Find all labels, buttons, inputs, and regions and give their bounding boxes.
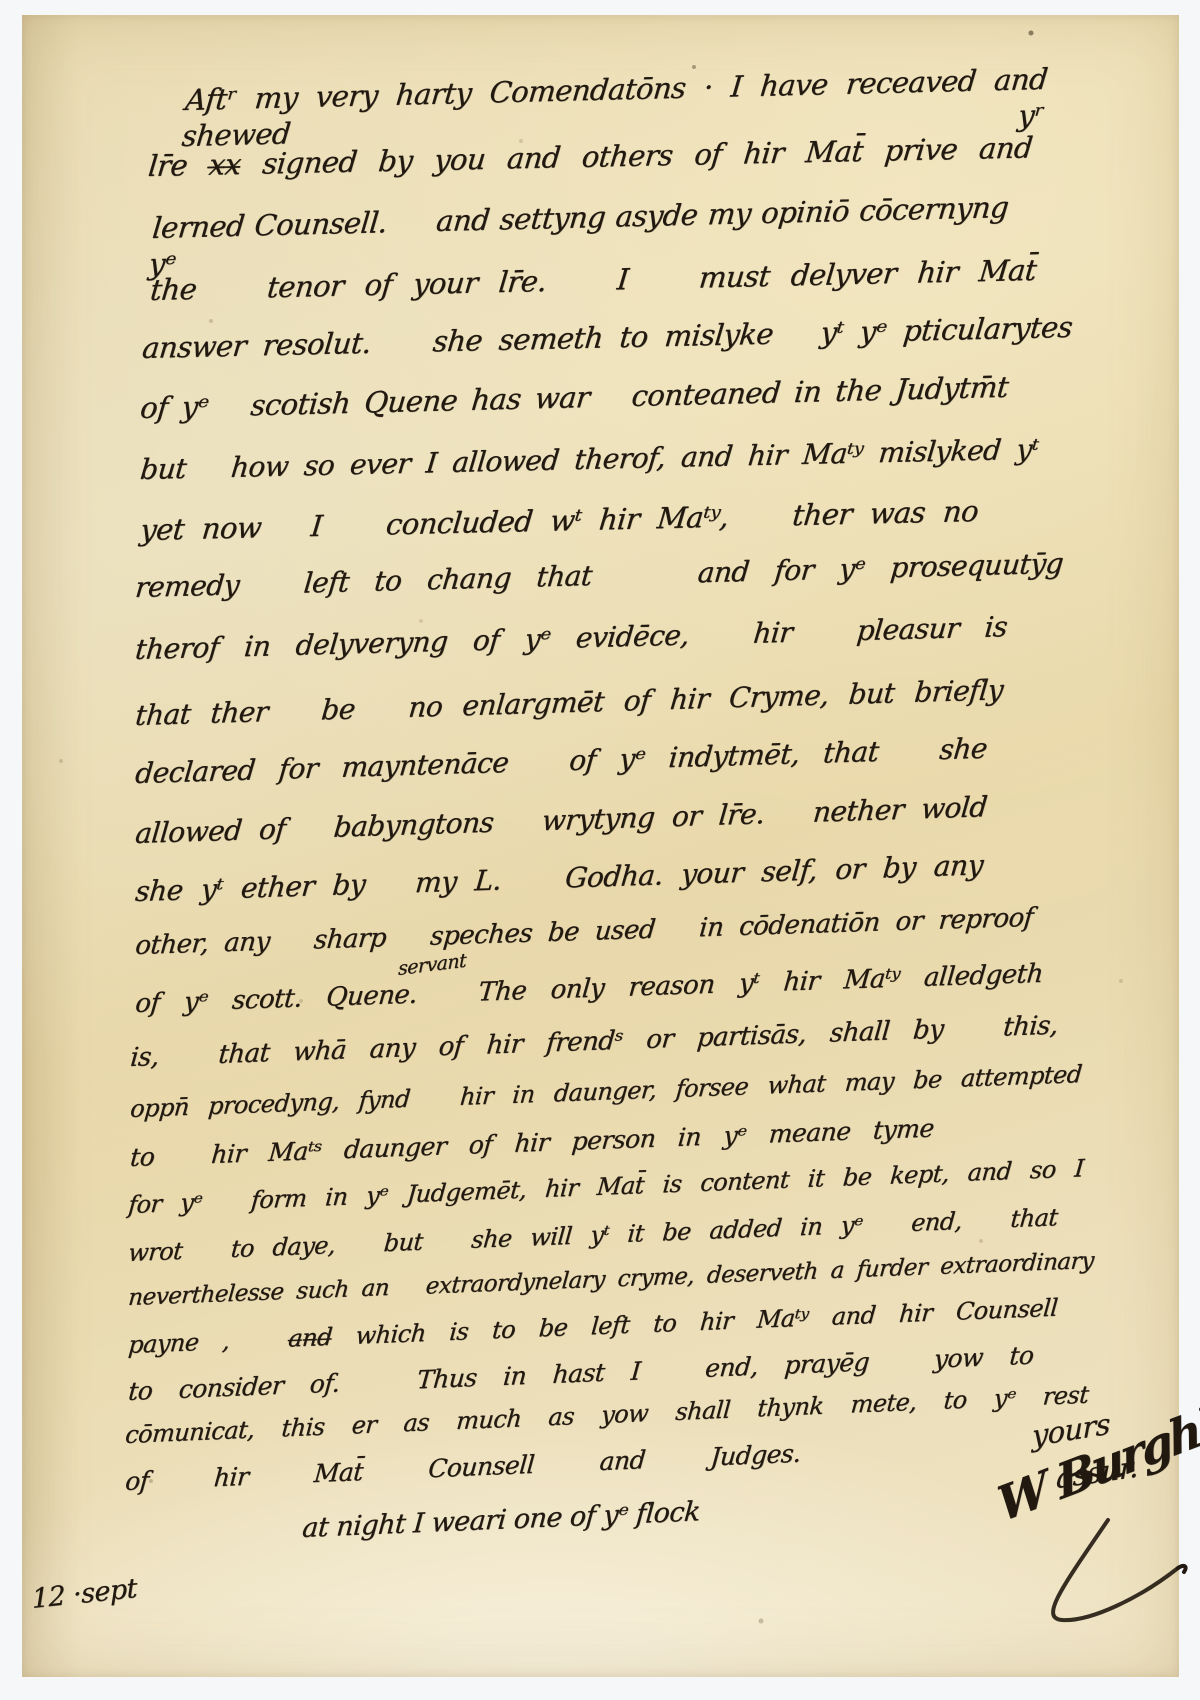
scanned-letter-page: { "page": { "background": "#f5f7f9" }, "… <box>0 0 1200 1700</box>
paper-specks <box>0 0 2 2</box>
